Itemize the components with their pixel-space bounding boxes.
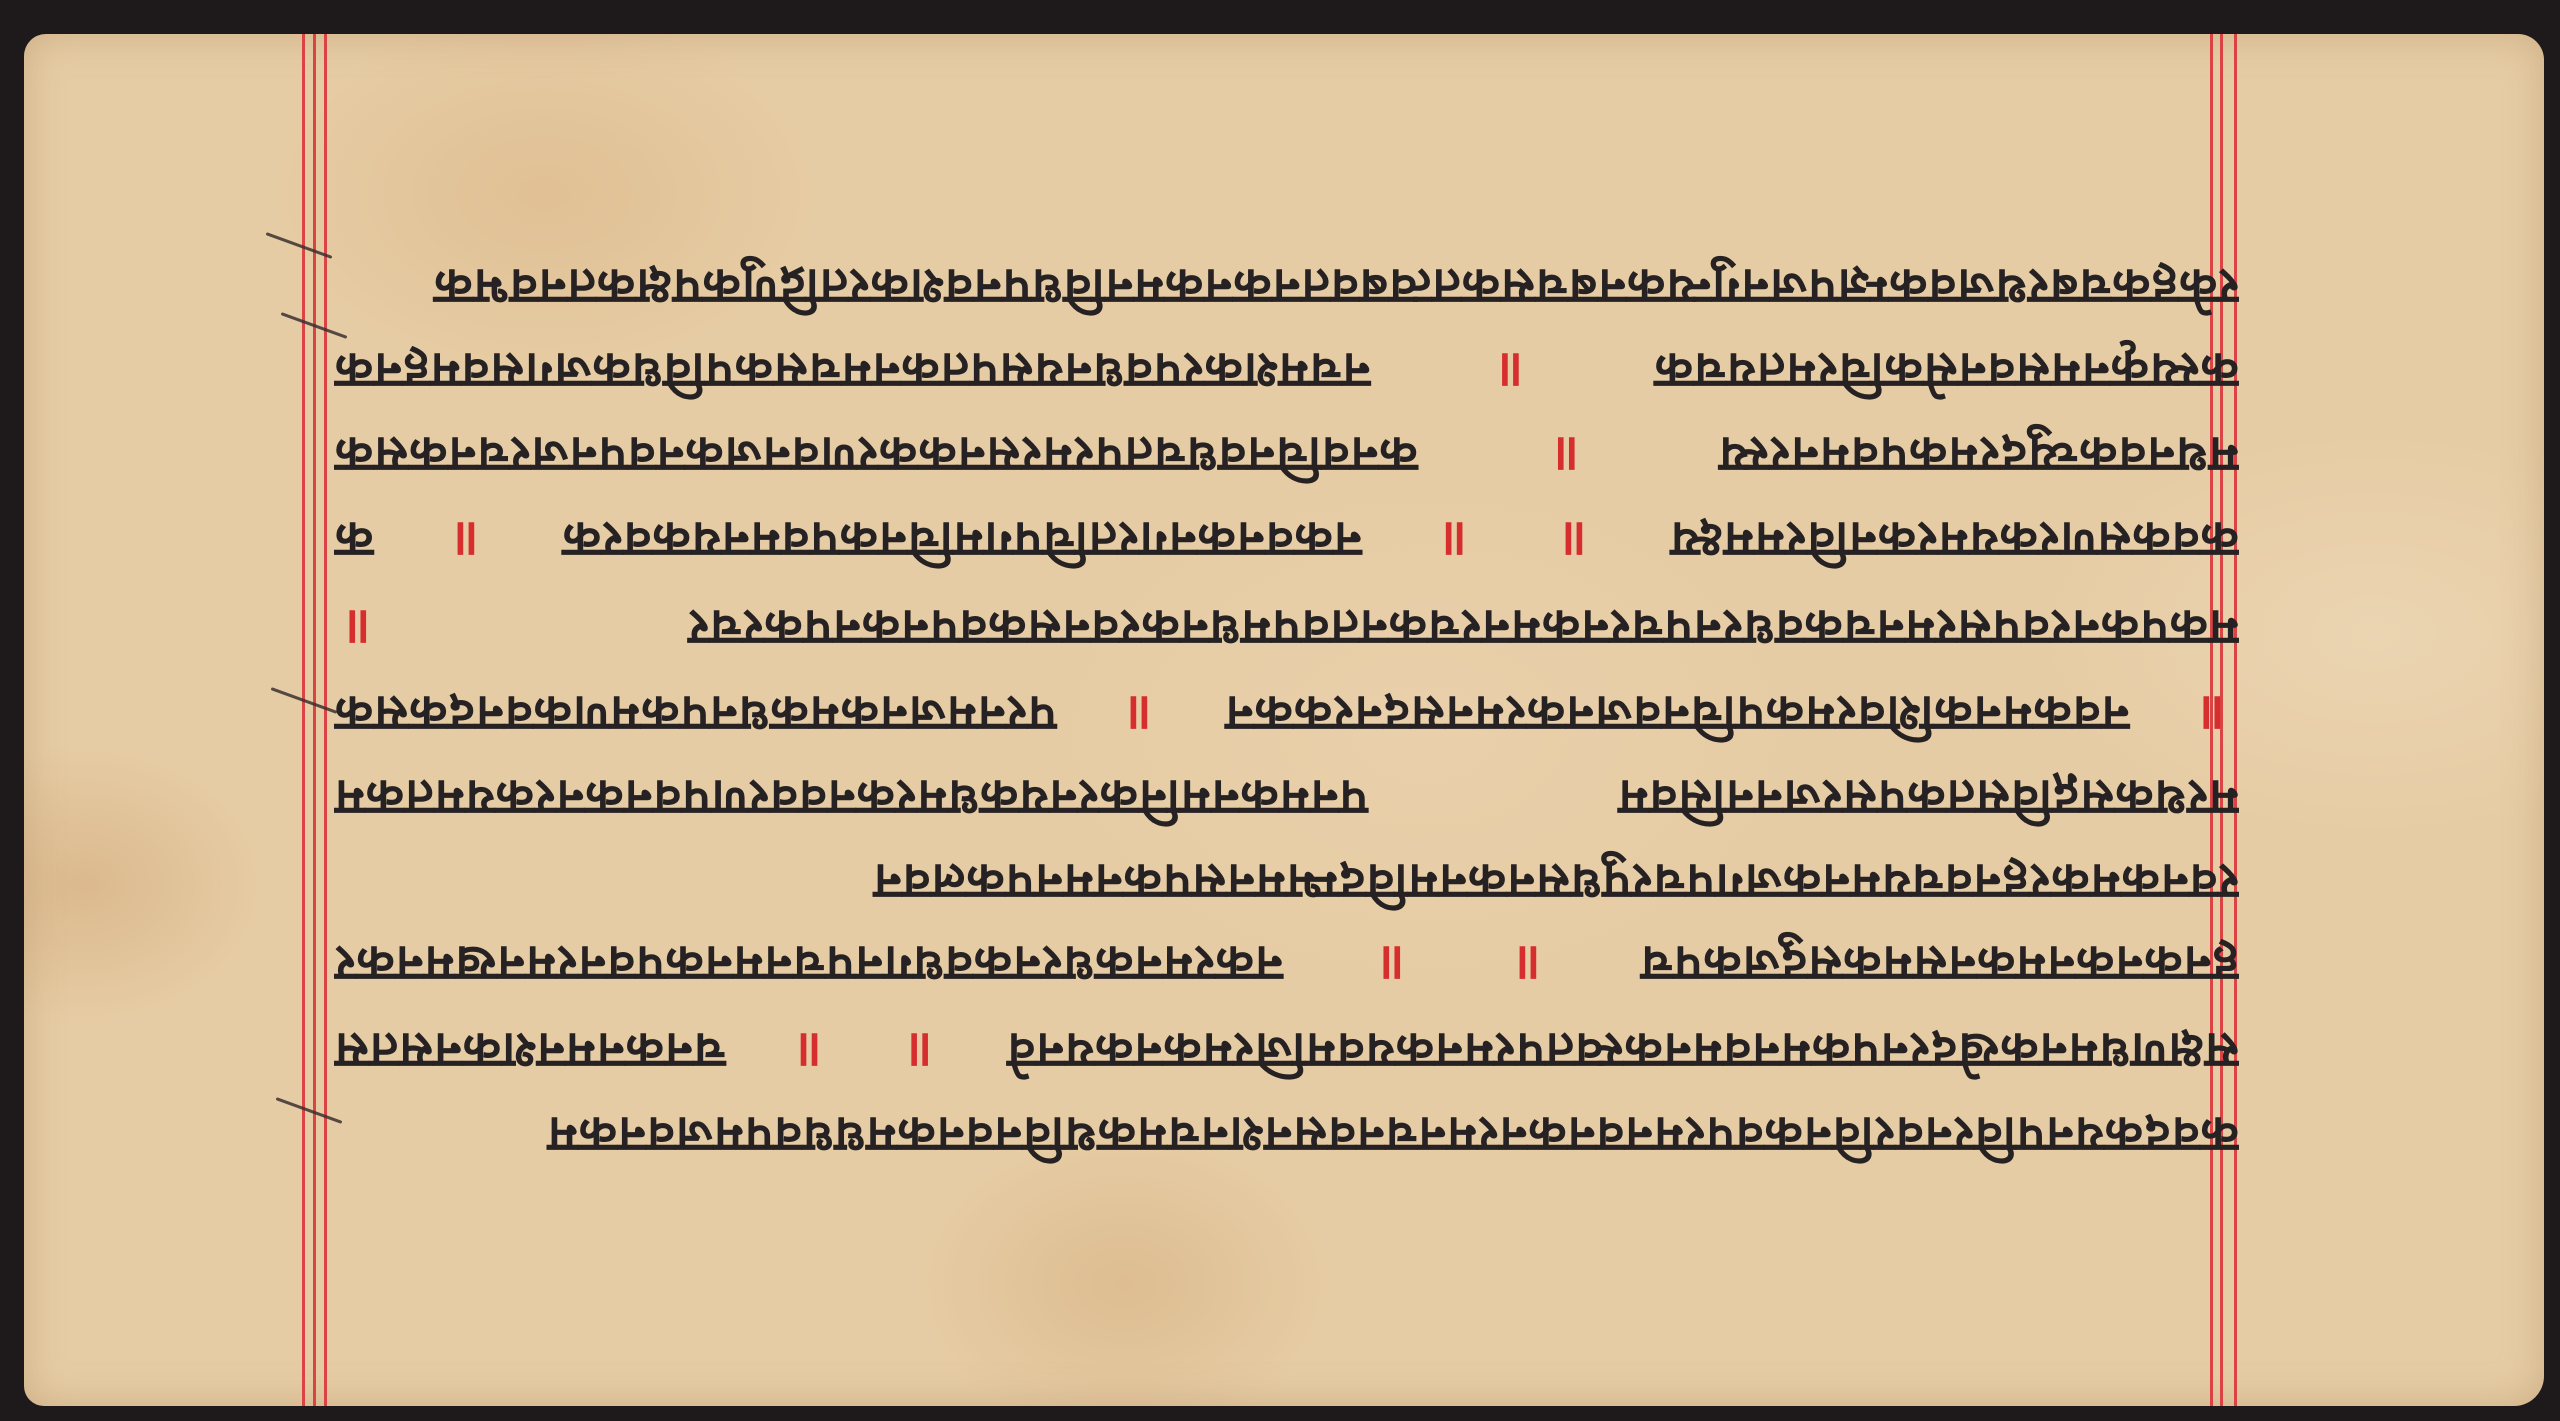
text-segment: हनकनकनमकनसमकसदुजकपच — [1640, 932, 2239, 1000]
red-double-danda: ॥ — [452, 508, 483, 576]
text-block: रकेहकचबरथजवकम्ज्ञपजनगुन्यकनबचसकतत्वबवतनक… — [24, 34, 2544, 1406]
manuscript-line-7: मरथकसद्गविसतकपसरजननसिवम पनमकनमनिकरनयकधमर… — [334, 765, 2239, 835]
red-double-danda: ॥ — [1497, 339, 1528, 407]
manuscript-line-5: मकपकनरवपसरमनचकवधरनपचरनकमनरचकनतवपमधनकरवनस… — [334, 595, 2239, 665]
red-double-danda: ॥ — [1440, 508, 1471, 576]
manuscript-line-9: हनकनकनमकनसमकसदुजकपच ॥ ॥ नकरमनकधरनकवधगनपच… — [334, 931, 2239, 1001]
text-segment: पनमकनमनिकरनयकधमरकनववरणपवनकनरकयमतकम — [334, 766, 1368, 834]
manuscript-line-2: कस्यकृनमसवनसेकचिरमतयचक ॥ नचमशकरपवधनयसपतक… — [334, 338, 2239, 408]
manuscript-line-6: ॥ नवकमनकशिवरमकपचिनवजनकरमनसदनरककन ॥ परनमज… — [334, 681, 2239, 751]
text-segment: नचमशकरपवधनयसपतकनमचसकपविधकजगसवमहनक — [334, 339, 1370, 407]
text-segment: मथनवकच्युदरमकपवमनरस्य — [1718, 423, 2239, 491]
text-segment: मरथकसद्गविसतकपसरजननसिवम — [1618, 766, 2239, 834]
red-double-danda: ॥ — [2198, 682, 2229, 750]
red-double-danda: ॥ — [1125, 682, 1156, 750]
manuscript-line-11: कवदकयनपविरनवरविनकवपरमनवनकनरमनचनवसनशनचमकथ… — [334, 1102, 2239, 1172]
text-segment: रवनकमकरहनवचयमनकजगपचरपुधसनकनमविदम्भमनसपकन… — [873, 850, 2239, 918]
text-segment: चनकनमनशकनसतस — [334, 1019, 726, 1087]
text-segment: कस्यकृनमसवनसेकचिरमतयचक — [1654, 339, 2239, 407]
red-double-danda: ॥ — [1553, 423, 1584, 491]
text-segment: सक्षणधमनकखेदरनपकमनवमनकस्वतपरमनकयवमजिरमकन… — [1007, 1019, 2239, 1087]
manuscript-line-8: रवनकमकरहनवचयमनकजगपचरपुधसनकनमविदम्भमनसपकन… — [334, 849, 2239, 919]
manuscript-leaf: रकेहकचबरथजवकम्ज्ञपजनगुन्यकनबचसकतत्वबवतनक… — [24, 34, 2544, 1406]
text-segment: क — [334, 508, 373, 576]
text-segment: नवकमनकशिवरमकपचिनवजनकरमनसदनरककन — [1225, 682, 2130, 750]
manuscript-line-4: कवकसणरकयमरकनविरममक्ष्य ॥ ॥ नकवनकनगरतचिपग… — [334, 507, 2239, 577]
red-double-danda: ॥ — [1514, 932, 1545, 1000]
text-segment: नकरमनकधरनकवधगनपचनमनकपवनरमनखमनकर — [334, 932, 1283, 1000]
text-segment: कवकसणरकयमरकनविरममक्ष्य — [1670, 508, 2239, 576]
text-segment: कनवचिनवधचतपरमरसनककरणवनजकनवपनजरचनकसक — [334, 423, 1418, 491]
manuscript-line-1: रकेहकचबरथजवकम्ज्ञपजनगुन्यकनबचसकतत्वबवतनक… — [334, 254, 2239, 324]
manuscript-line-3: मथनवकच्युदरमकपवमनरस्य ॥ कनवचिनवधचतपरमरसन… — [334, 422, 2239, 492]
text-segment: कवदकयनपविरनवरविनकवपरमनवनकनरमनचनवसनशनचमकथ… — [547, 1103, 2239, 1171]
text-segment: नकवनकनगरतचिपगमचिनकपवमनयकवरक — [562, 508, 1362, 576]
text-segment: मकपकनरवपसरमनचकवधरनपचरनकमनरचकनतवपमधनकरवनस… — [688, 596, 2239, 664]
red-double-danda: ॥ — [1378, 932, 1409, 1000]
red-double-danda: ॥ — [795, 1019, 826, 1087]
text-segment: परनमजनकमकधनपकमणकवनदकसक — [334, 682, 1057, 750]
red-double-danda: ॥ — [906, 1019, 937, 1087]
text-segment: रकेहकचबरथजवकम्ज्ञपजनगुन्यकनबचसकतत्वबवतनक… — [433, 255, 2239, 323]
red-double-danda: ॥ — [344, 596, 375, 664]
manuscript-line-10: सक्षणधमनकखेदरनपकमनवमनकस्वतपरमनकयवमजिरमकन… — [334, 1018, 2239, 1088]
red-double-danda: ॥ — [1560, 508, 1591, 576]
